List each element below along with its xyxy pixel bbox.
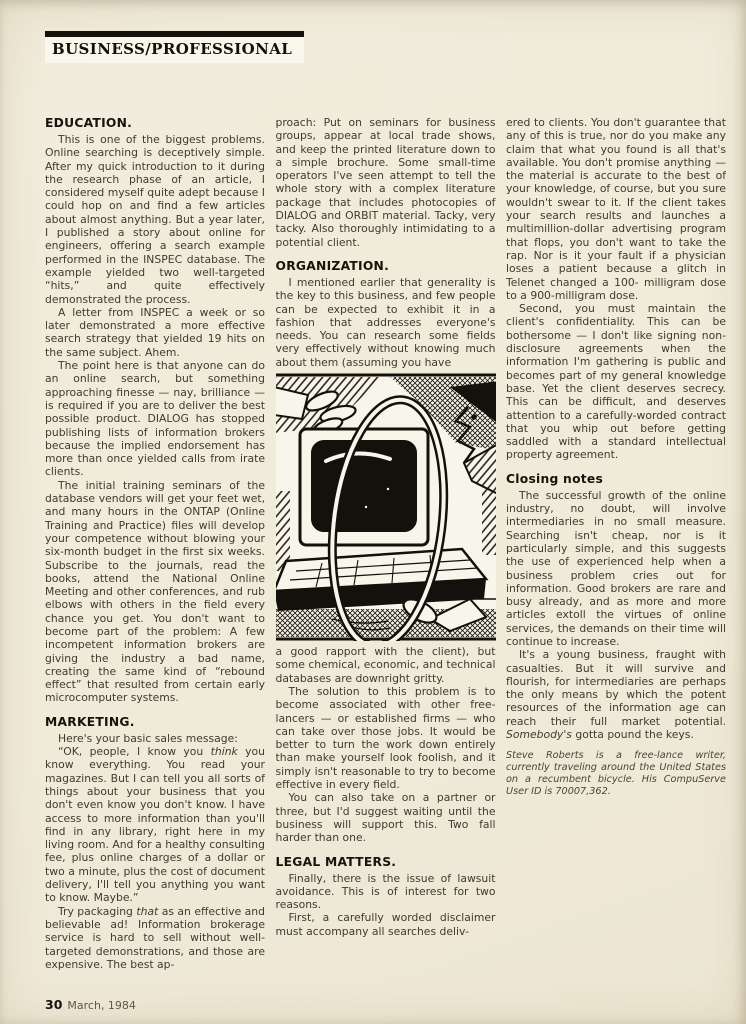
heading-marketing: MARKETING. <box>45 715 265 729</box>
heading-closing-notes: Closing notes <box>506 472 726 486</box>
paragraph: It's a young business, fraught with casu… <box>506 648 726 741</box>
section-tag-label: BUSINESS/PROFESSIONAL <box>52 40 292 58</box>
heading-organization: ORGANIZATION. <box>276 259 496 273</box>
article-body: EDUCATION. This is one of the biggest pr… <box>45 116 726 1000</box>
paragraph: I mentioned earlier that generality is t… <box>276 276 496 369</box>
magazine-page: BUSINESS/PROFESSIONAL EDUCATION. This is… <box>0 0 746 1024</box>
paragraph: A letter from INSPEC a week or so later … <box>45 306 265 359</box>
paragraph: ered to clients. You don't guarantee tha… <box>506 116 726 302</box>
paragraph: a good rapport with the client), but som… <box>276 645 496 685</box>
paragraph: The initial training seminars of the dat… <box>45 479 265 705</box>
page-number: 30 <box>45 997 62 1012</box>
paragraph: proach: Put on seminars for business gro… <box>276 116 496 249</box>
column-right: ered to clients. You don't guarantee tha… <box>506 116 726 1000</box>
author-bio: Steve Roberts is a free-lance writer, cu… <box>506 750 726 797</box>
illustration-computer-hoop <box>276 373 496 641</box>
paragraph: Here's your basic sales message: <box>45 732 265 745</box>
paragraph: First, a carefully worded disclaimer mus… <box>276 911 496 938</box>
paragraph: Try packaging that as an effective and b… <box>45 905 265 971</box>
heading-legal-matters: LEGAL MATTERS. <box>276 855 496 869</box>
paragraph: The point here is that anyone can do an … <box>45 359 265 479</box>
paragraph: You can also take on a partner or three,… <box>276 791 496 844</box>
paragraph: The solution to this problem is to becom… <box>276 685 496 791</box>
paragraph: “OK, people, I know you think you know e… <box>45 745 265 905</box>
paragraph: Finally, there is the issue of lawsuit a… <box>276 872 496 912</box>
column-left: EDUCATION. This is one of the biggest pr… <box>45 116 265 1000</box>
issue-date: March, 1984 <box>67 999 136 1012</box>
paragraph: This is one of the biggest problems. Onl… <box>45 133 265 306</box>
page-footer: 30March, 1984 <box>45 997 136 1012</box>
column-center: proach: Put on seminars for business gro… <box>276 116 496 1000</box>
paragraph: Second, you must maintain the client's c… <box>506 302 726 462</box>
paragraph: The successful growth of the online indu… <box>506 489 726 649</box>
heading-education: EDUCATION. <box>45 116 265 130</box>
section-tag: BUSINESS/PROFESSIONAL <box>45 31 304 63</box>
